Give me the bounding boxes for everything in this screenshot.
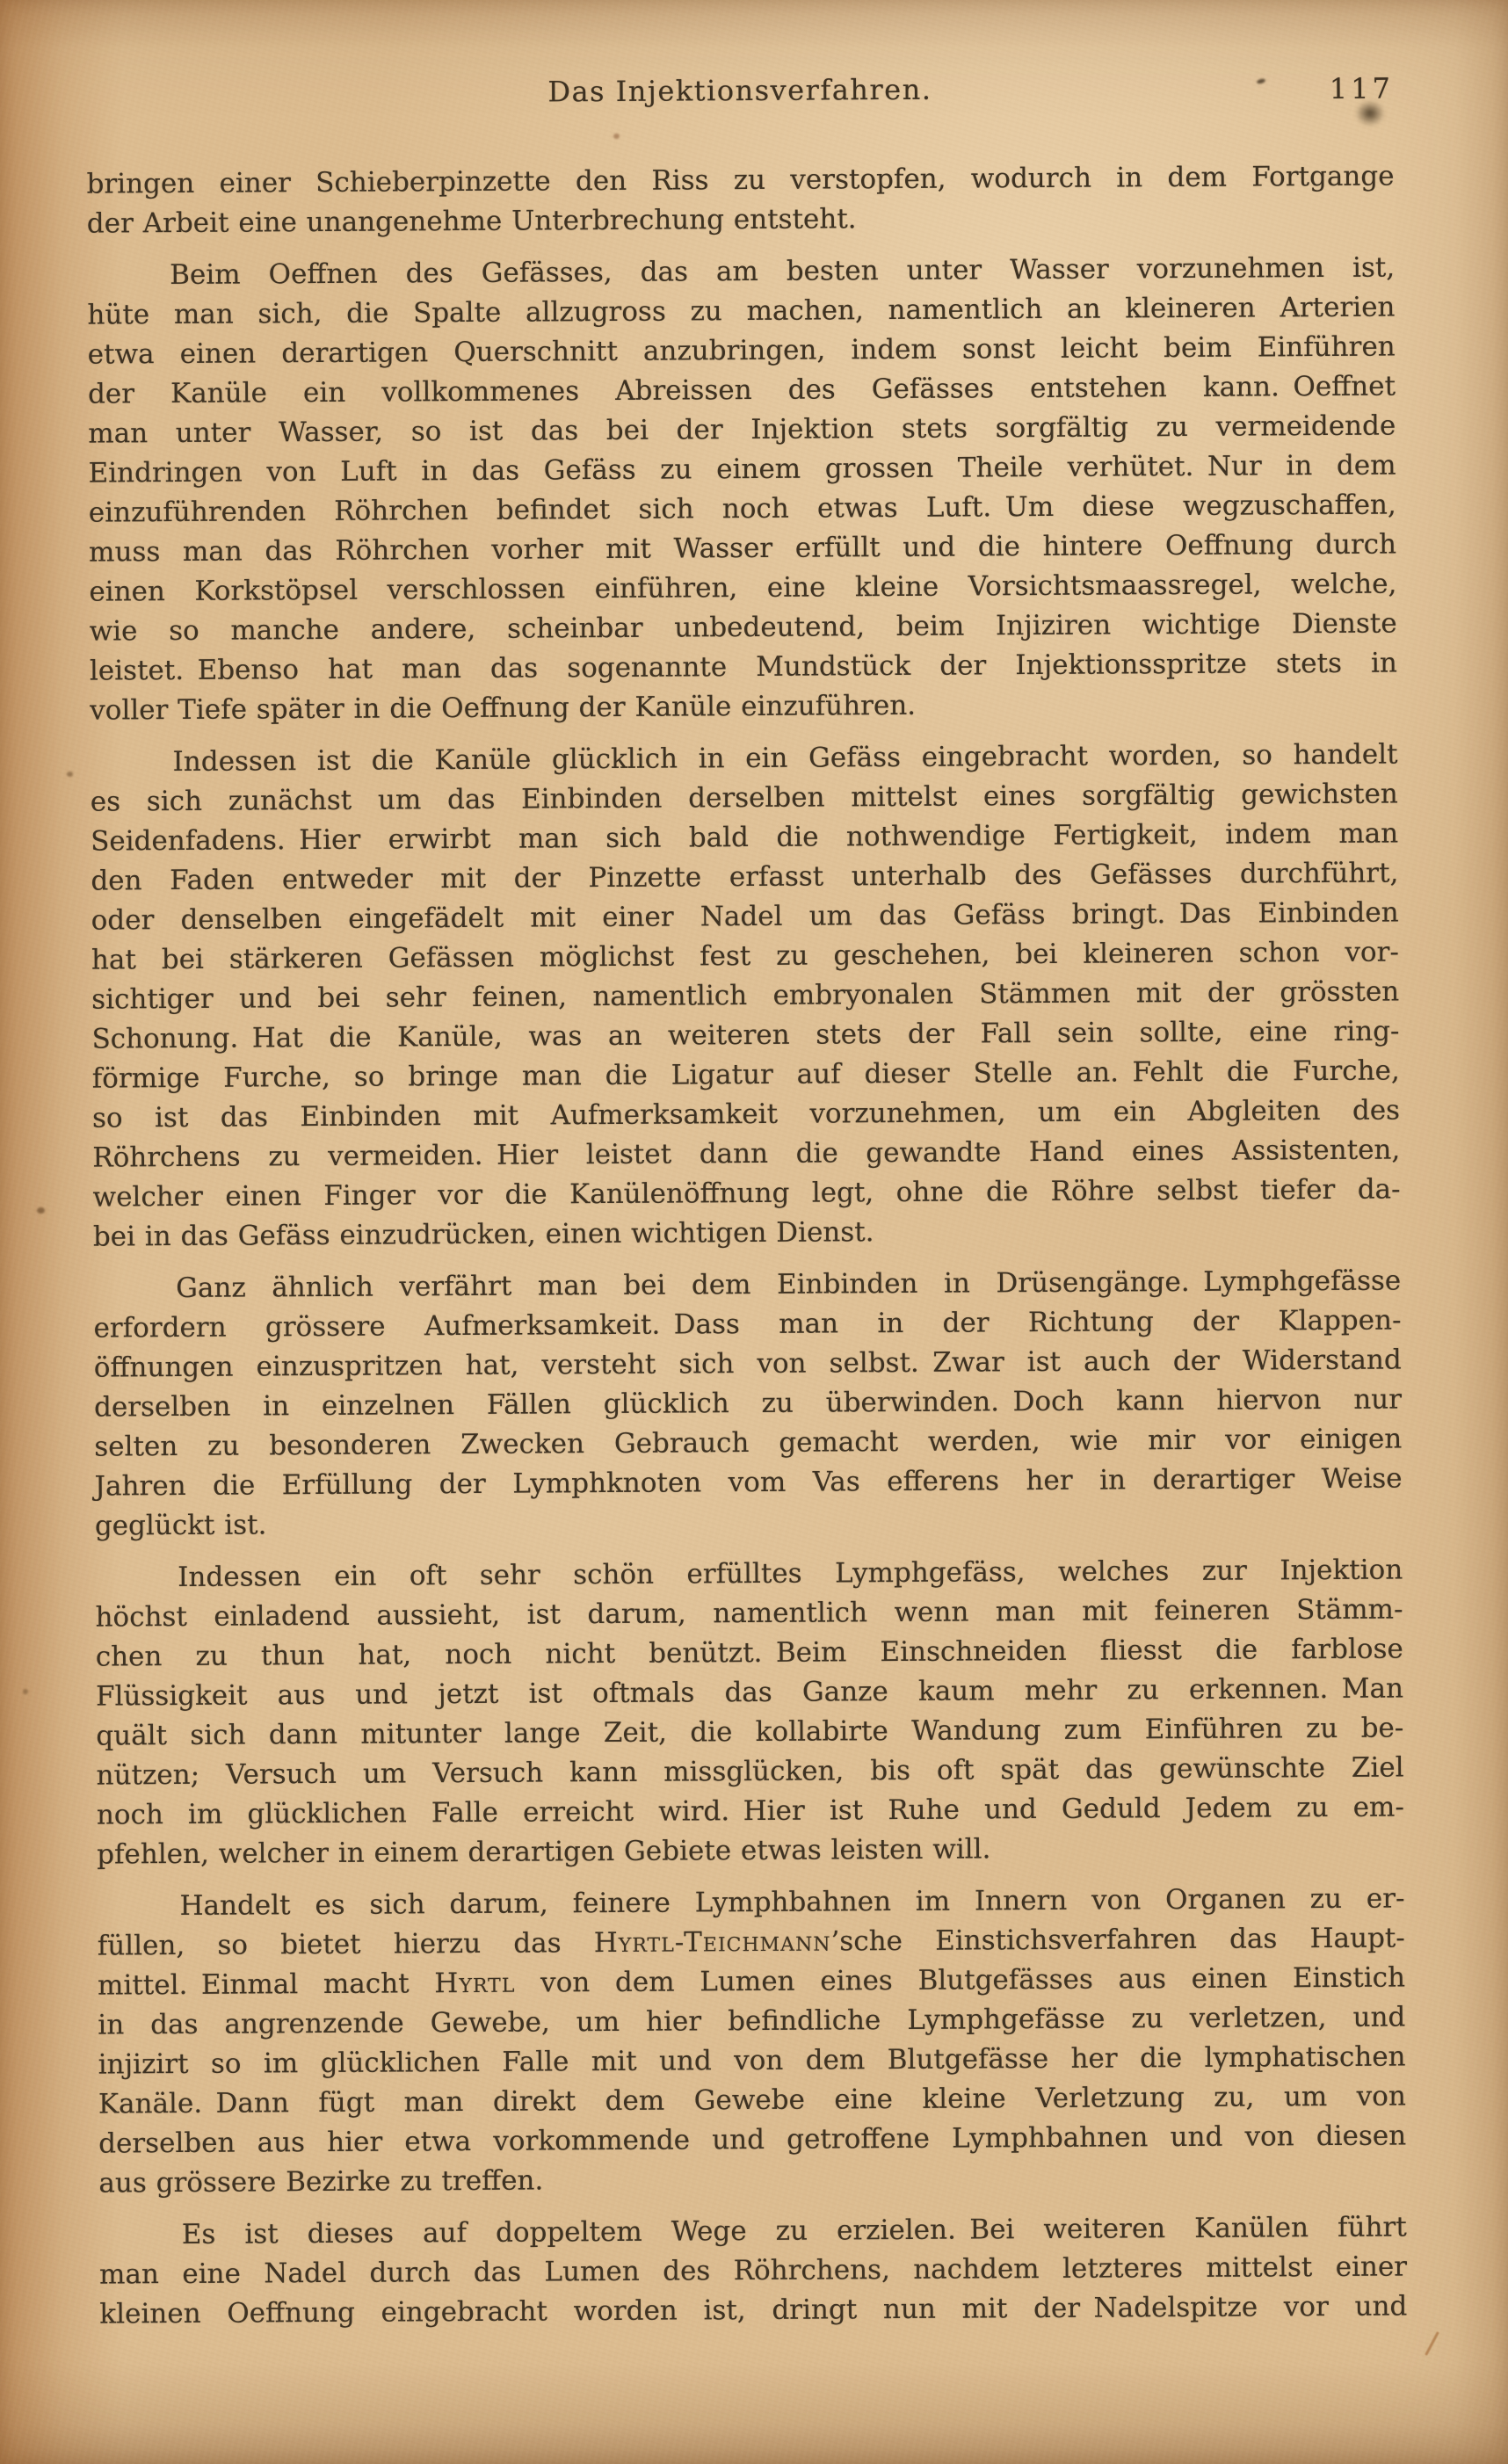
text-line: derselben aus hier etwa vorkommende und … xyxy=(98,2116,1406,2163)
line-text: in das angrenzende Gewebe, um hier befin… xyxy=(98,2001,1405,2040)
line-text: Schonung. Hat die Kanüle, was an weitere… xyxy=(91,1016,1399,1055)
line-text: pfehlen, welcher in einem derartigen Geb… xyxy=(97,1833,990,1870)
line-text: mittel. Einmal macht xyxy=(98,1968,434,2001)
text-line: noch im glücklichen Falle erreicht wird.… xyxy=(97,1787,1404,1835)
line-text: man unter Wasser, so ist das bei der Inj… xyxy=(88,410,1396,450)
line-text: nützen; Versuch um Versuch kann missglüc… xyxy=(97,1751,1404,1791)
text-line: kleinen Oeffnung eingebracht worden ist,… xyxy=(99,2286,1407,2334)
line-text: erfordern grössere Aufmerksamkeit. Dass … xyxy=(93,1305,1401,1344)
line-text: Seidenfadens. Hier erwirbt man sich bald… xyxy=(91,818,1398,858)
line-text: förmige Furche, so bringe man die Ligatu… xyxy=(92,1055,1400,1095)
line-text: von dem Lumen eines Blutgefässes aus ein… xyxy=(515,1961,1405,1998)
text-line: voller Tiefe später in die Oeffnung der … xyxy=(90,684,1397,731)
line-text: muss man das Röhrchen vorher mit Wasser … xyxy=(89,529,1396,569)
line-text: oder denselben eingefädelt mit einer Nad… xyxy=(91,897,1399,937)
text-line: geglückt ist. xyxy=(95,1499,1403,1547)
line-text: etwa einen derartigen Querschnitt anzubr… xyxy=(88,331,1396,371)
line-text: wie so manche andere, scheinbar unbedeut… xyxy=(90,608,1397,648)
line-text: Jahren die Erfüllung der Lymphknoten vom… xyxy=(95,1463,1403,1503)
paper-speck xyxy=(37,1207,45,1214)
line-text: hüte man sich, die Spalte allzugross zu … xyxy=(87,292,1395,331)
line-text: Indessen ist die Kanüle glücklich in ein… xyxy=(172,739,1397,779)
line-text: kleinen Oeffnung eingebracht worden ist,… xyxy=(99,2290,1407,2330)
line-text: man eine Nadel durch das Lumen des Röhrc… xyxy=(99,2250,1407,2290)
line-text: ’sche Einstichsverfahren das Haupt- xyxy=(830,1922,1405,1957)
line-text: höchst einladend aussieht, ist darum, na… xyxy=(95,1593,1403,1633)
line-text: voller Tiefe später in die Oeffnung der … xyxy=(90,690,916,727)
text-line: der Arbeit eine unangenehme Unterbrechun… xyxy=(87,197,1395,244)
text-line: pfehlen, welcher in einem derartigen Geb… xyxy=(97,1827,1404,1874)
smallcaps-name: Hyrtl xyxy=(434,1968,515,2000)
line-text: den Faden entweder mit der Pinzette erfa… xyxy=(91,858,1398,897)
line-text: Flüssigkeit aus und jetzt ist oftmals da… xyxy=(96,1672,1403,1712)
line-text: selten zu besonderen Zwecken Gebrauch ge… xyxy=(94,1424,1402,1463)
line-text: chen zu thun hat, noch nicht benützt. Be… xyxy=(96,1633,1403,1672)
line-text: füllen, so bietet hierzu das xyxy=(98,1927,594,1961)
page-tilt-wrapper: Das Injektionsverfahren. 117 bringen ein… xyxy=(0,0,1508,2464)
line-text: sichtiger und bei sehr feinen, namentlic… xyxy=(91,976,1399,1016)
scanned-book-page: Das Injektionsverfahren. 117 bringen ein… xyxy=(0,0,1508,2464)
line-text: einzuführenden Röhrchen befindet sich no… xyxy=(89,489,1396,529)
text-line: bringen einer Schieberpinzette den Riss … xyxy=(86,157,1394,205)
line-text: es sich zunächst um das Einbinden dersel… xyxy=(91,779,1398,818)
line-text: der Arbeit eine unangenehme Unterbrechun… xyxy=(87,203,857,239)
line-text: hat bei stärkeren Gefässen möglichst fes… xyxy=(91,937,1399,976)
line-text: öffnungen einzuspritzen hat, versteht si… xyxy=(94,1344,1402,1384)
running-title: Das Injektionsverfahren. xyxy=(547,73,932,109)
line-text: Indessen ein oft sehr schön erfülltes Ly… xyxy=(178,1554,1403,1594)
line-text: bringen einer Schieberpinzette den Riss … xyxy=(86,161,1394,200)
line-text: einen Korkstöpsel verschlossen einführen… xyxy=(89,569,1396,608)
line-text: Handelt es sich darum, feinere Lymphbahn… xyxy=(179,1882,1404,1922)
page-number: 117 xyxy=(1330,72,1394,105)
ink-blot xyxy=(1355,100,1385,127)
text-line: bei in das Gefäss einzudrücken, einen wi… xyxy=(93,1210,1401,1257)
text-line: leistet. Ebenso hat man das sogenannte M… xyxy=(90,644,1397,692)
line-text: Röhrchens zu vermeiden. Hier leistet dan… xyxy=(92,1134,1400,1174)
line-text: derselben in einzelnen Fällen glücklich … xyxy=(94,1384,1402,1424)
line-text: Es ist dieses auf doppeltem Wege zu erzi… xyxy=(182,2211,1407,2250)
line-text: injizirt so im glücklichen Falle mit und… xyxy=(98,2040,1406,2080)
paper-speck xyxy=(23,1689,28,1694)
page-header: Das Injektionsverfahren. 117 xyxy=(86,70,1394,117)
line-text: bei in das Gefäss einzudrücken, einen wi… xyxy=(93,1216,874,1252)
line-text: aus grössere Bezirke zu treffen. xyxy=(98,2164,543,2199)
line-text: geglückt ist. xyxy=(95,1509,267,1541)
line-text: Eindringen von Luft in das Gefäss zu ein… xyxy=(88,450,1396,489)
paper-speck xyxy=(67,772,73,777)
line-text: der Kanüle ein vollkommenes Abreissen de… xyxy=(88,371,1396,410)
paper-speck xyxy=(613,134,620,139)
line-text: Beim Oeffnen des Gefässes, das am besten… xyxy=(170,252,1395,292)
text-line: Jahren die Erfüllung der Lymphknoten vom… xyxy=(94,1460,1402,1507)
smallcaps-name: Hyrtl-Teichmann xyxy=(594,1925,831,1959)
text-block: bringen einer Schieberpinzette den Riss … xyxy=(86,157,1407,2335)
line-text: leistet. Ebenso hat man das sogenannte M… xyxy=(90,648,1397,687)
line-text: Kanäle. Dann fügt man direkt dem Gewebe … xyxy=(98,2080,1406,2120)
text-line: aus grössere Bezirke zu treffen. xyxy=(98,2156,1406,2203)
text-line: welcher einen Finger vor die Kanülenöffn… xyxy=(92,1170,1400,1218)
line-text: quält sich dann mitunter lange Zeit, die… xyxy=(96,1712,1403,1751)
line-text: so ist das Einbinden mit Aufmerksamkeit … xyxy=(92,1095,1400,1134)
line-text: welcher einen Finger vor die Kanülenöffn… xyxy=(92,1174,1400,1214)
line-text: noch im glücklichen Falle erreicht wird.… xyxy=(97,1791,1404,1830)
line-text: Ganz ähnlich verfährt man bei dem Einbin… xyxy=(176,1265,1401,1305)
line-text: derselben aus hier etwa vorkommende und … xyxy=(98,2120,1406,2159)
